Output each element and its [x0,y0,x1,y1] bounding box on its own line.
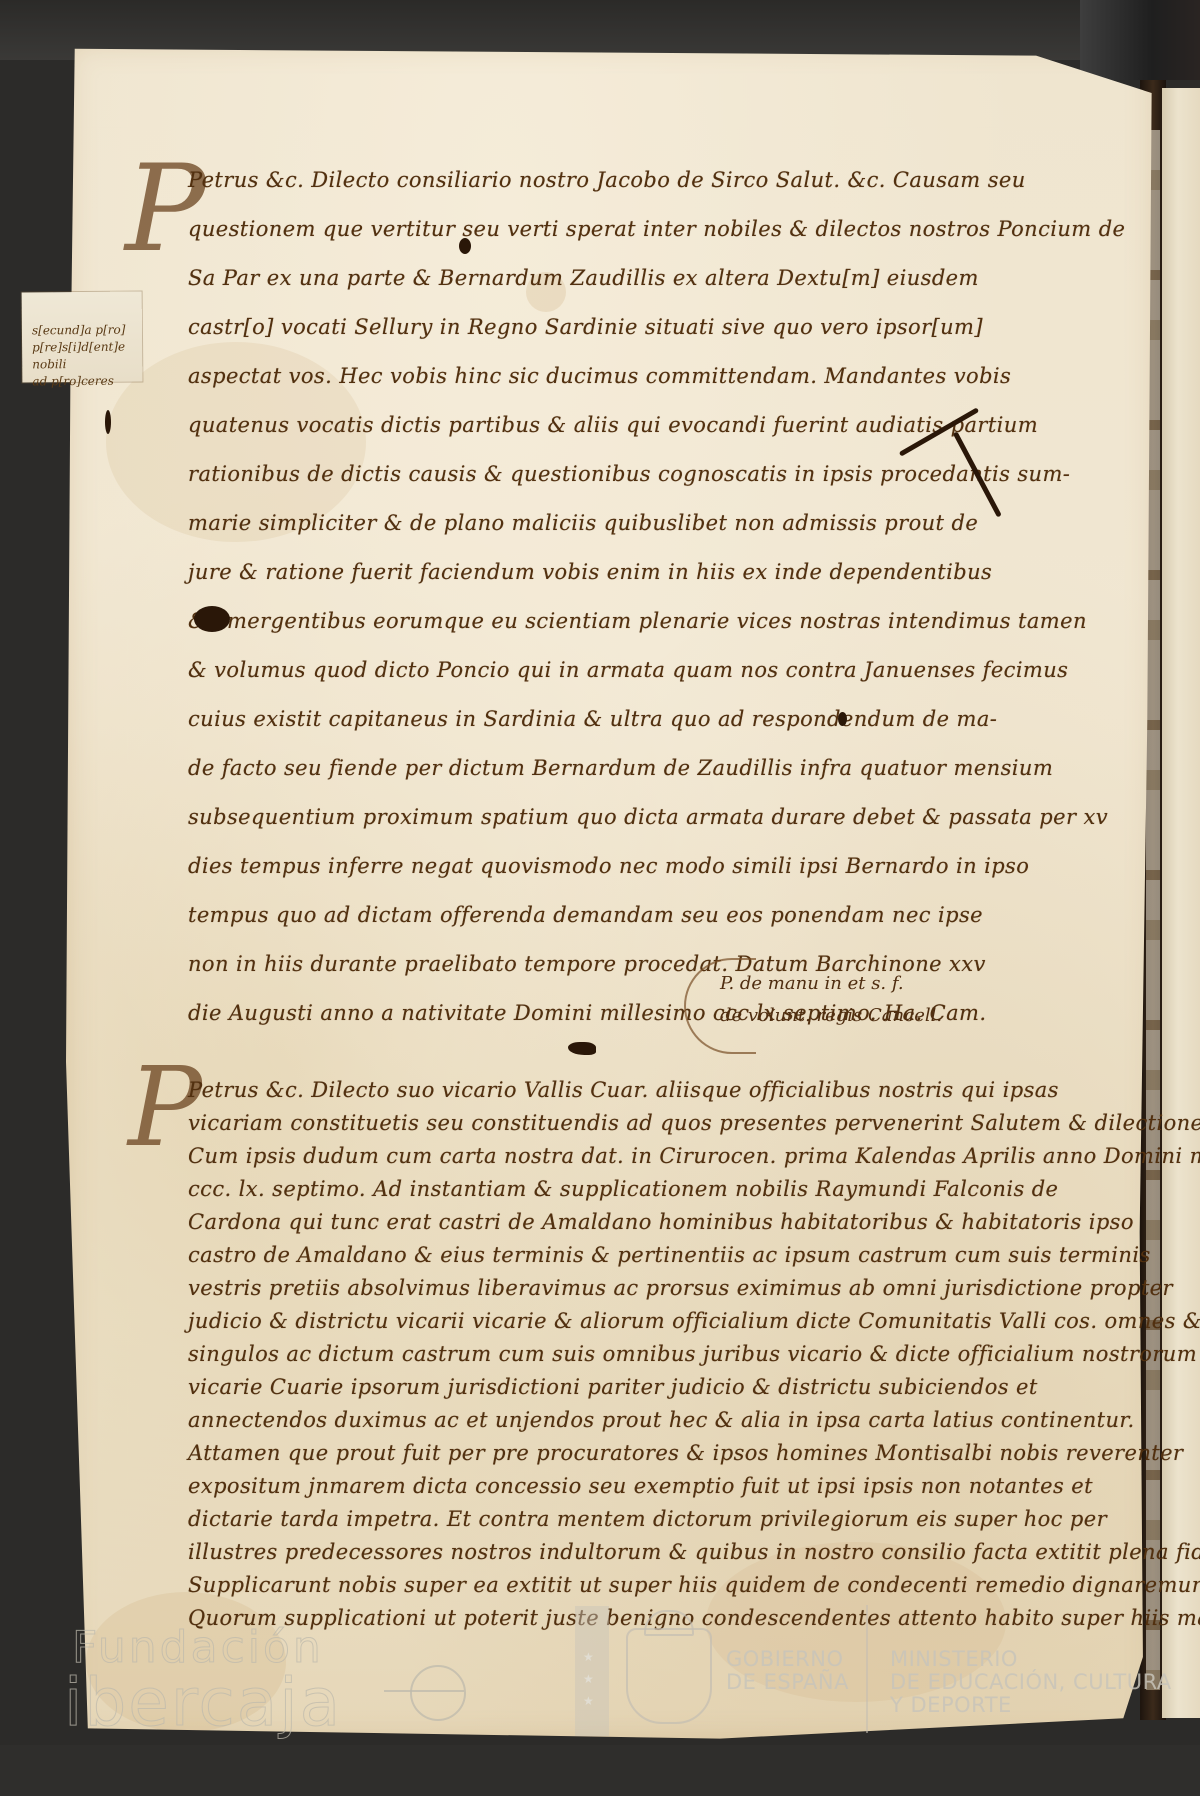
spain-flag-bar-icon [575,1606,609,1736]
text-line: expositum jnmarem dicta concessio seu ex… [188,1474,1093,1498]
text-line: rationibus de dictis causis & questionib… [188,462,1070,486]
text-line: singulos ac dictum castrum cum suis omni… [188,1342,1197,1366]
text-line: Petrus &c. Dilecto consiliario nostro Ja… [188,168,1026,192]
text-line: tempus quo ad dictam offerenda demandam … [188,903,983,927]
text-line: Sa Par ex una parte & Bernardum Zaudilli… [188,266,979,290]
next-page-edge [1160,88,1200,1718]
text-line: quatenus vocatis dictis partibus & aliis… [188,413,1038,437]
watermark-line: MINISTERIO [890,1648,1172,1671]
ink-blot [459,238,471,254]
marginal-note: s[ecund]a p[ro] p[re]s[i]d[ent]e nobili … [32,321,143,390]
marginal-note-line: ad p[ro]ceres [32,372,142,390]
text-line: & emergentibus eorumque eu scientiam ple… [188,609,1087,633]
text-line: vicarie Cuarie ipsorum jurisdictioni par… [188,1375,1038,1399]
watermark-line: DE ESPAÑA [726,1671,849,1694]
text-line: de facto seu fiende per dictum Bernardum… [188,756,1053,780]
signature-line: de volunt. regis Cancell. [720,1000,942,1032]
chancery-signature: P. de manu in et s. f. de volunt. regis … [720,968,942,1032]
marginal-note-slip: s[ecund]a p[ro] p[re]s[i]d[ent]e nobili … [22,291,143,382]
coat-of-arms-icon [626,1628,712,1724]
watermark-line: DE EDUCACIÓN, CULTURA [890,1671,1172,1694]
text-line: judicio & districtu vicarii vicarie & al… [188,1309,1200,1333]
signature-line: P. de manu in et s. f. [720,968,942,1000]
text-line: ccc. lx. septimo. Ad instantiam & suppli… [188,1177,1058,1201]
ink-blot [838,712,847,726]
text-line: castr[o] vocati Sellury in Regno Sardini… [188,315,983,339]
text-line: marie simpliciter & de plano maliciis qu… [188,511,978,535]
text-line: annectendos duximus ac et unjendos prout… [188,1408,1135,1432]
star-icon: ★ [583,1694,594,1708]
background-corner [1080,0,1200,80]
star-icon: ★ [583,1672,594,1686]
ink-mark [105,410,111,434]
text-line: aspectat vos. Hec vobis hinc sic ducimus… [188,364,1011,388]
watermark-ministerio: MINISTERIO DE EDUCACIÓN, CULTURA Y DEPOR… [890,1648,1172,1717]
text-line: Supplicarunt nobis super ea extitit ut s… [188,1573,1200,1597]
background-bottom [0,1745,1200,1796]
text-line: Cardona qui tunc erat castri de Amaldano… [188,1210,1134,1234]
text-line: subsequentium proximum spatium quo dicta… [188,805,1108,829]
watermark-divider [866,1605,868,1733]
text-line: Quorum supplicationi ut poterit juste be… [188,1606,1200,1630]
text-line: castro de Amaldano & eius terminis & per… [188,1243,1151,1267]
watermark-gobierno: GOBIERNO DE ESPAÑA [726,1648,849,1694]
watermark-line: Y DEPORTE [890,1694,1172,1717]
text-line: vestris pretiis absolvimus liberavimus a… [188,1276,1173,1300]
text-line: Attamen que prout fuit per pre procurato… [188,1441,1183,1465]
text-line: vicariam constituetis seu constituendis … [188,1111,1200,1135]
ibercaja-globe-icon [410,1665,466,1721]
text-line: illustres predecessores nostros indultor… [188,1540,1200,1564]
text-line: questionem que vertitur seu verti sperat… [188,217,1125,241]
watermark-line: GOBIERNO [726,1648,849,1671]
watermark-ibercaja: ibercaja [64,1664,342,1741]
star-icon: ★ [583,1650,594,1664]
text-line: dies tempus inferre negat quovismodo nec… [188,854,1029,878]
ink-blot [194,606,230,632]
text-line: cuius existit capitaneus in Sardinia & u… [188,707,997,731]
marginal-note-line: s[ecund]a p[ro] p[re]s[i]d[ent]e nobili [32,321,142,373]
text-line: jure & ratione fuerit faciendum vobis en… [188,560,992,584]
text-line: & volumus quod dicto Poncio qui in armat… [188,658,1068,682]
ibercaja-globe-bar [384,1690,464,1692]
text-line: dictarie tarda impetra. Et contra mentem… [188,1507,1107,1531]
text-line: Cum ipsis dudum cum carta nostra dat. in… [188,1144,1200,1168]
text-line: Petrus &c. Dilecto suo vicario Vallis Cu… [188,1078,1059,1102]
